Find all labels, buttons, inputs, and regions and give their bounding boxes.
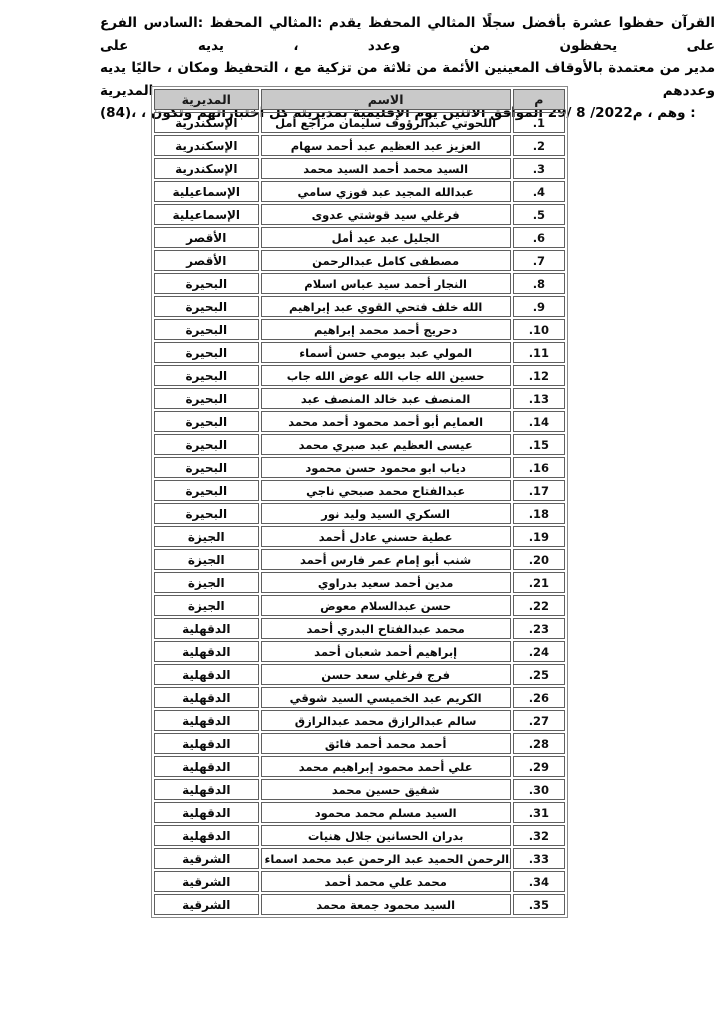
- row-district: الدقهلية: [154, 779, 259, 800]
- row-district: الدقهلية: [154, 641, 259, 662]
- row-no: .10: [513, 319, 565, 340]
- table-row: .23 أحمد‎ البدري‎ عبدالفتاح‎ محمد الدقهل…: [154, 618, 565, 639]
- table-row: .5 عدوى‎ قوشتي‎ سيد‎ فرغلي الإسماعيلية: [154, 204, 565, 225]
- row-name: فائق‎ أحمد‎ محمد‎ أحمد: [261, 733, 511, 754]
- row-no: .31: [513, 802, 565, 823]
- table-row: .2 سهام‎ أحمد‎ عبد‎ العظيم‎ عبد‎ العزيز …: [154, 135, 565, 156]
- table-row: .12 جاب‎ الله‎ عوض‎ الله‎ جاب‎ الله‎ حسي…: [154, 365, 565, 386]
- row-district: البحيرة: [154, 503, 259, 524]
- table-row: .27 عبدالرازق‎ محمد‎ عبدالرازق‎ سالم الد…: [154, 710, 565, 731]
- table-row: .32 هنيات‎ جلال‎ الحسانين‎ بدران الدقهلي…: [154, 825, 565, 846]
- table-row: .22 معوض‎ عبدالسلام‎ حسن الجيزة: [154, 595, 565, 616]
- row-district: الجيزة: [154, 595, 259, 616]
- row-name: أسماء‎ حسن‎ بيومي‎ عبد‎ المولي: [261, 342, 511, 363]
- row-district: الدقهلية: [154, 664, 259, 685]
- row-name: إبراهيم‎ محمد‎ أحمد‎ دحريج: [261, 319, 511, 340]
- row-no: .23: [513, 618, 565, 639]
- row-name: نور‎ وليد‎ السيد‎ السكري: [261, 503, 511, 524]
- table-row: .9 إبراهيم‎ عبد‎ القوي‎ فتحي‎ خلف‎ الله …: [154, 296, 565, 317]
- row-name: شوقي‎ السيد‎ الخميسي‎ عبد‎ الكريم: [261, 687, 511, 708]
- row-district: الدقهلية: [154, 825, 259, 846]
- row-district: الجيزة: [154, 549, 259, 570]
- table-row: .20 أحمد‎ فارس‎ عمر‎ إمام‎ أبو‎ شنب الجي…: [154, 549, 565, 570]
- row-no: .22: [513, 595, 565, 616]
- row-name: أمل‎ عيد‎ عبد‎ الجليل: [261, 227, 511, 248]
- row-name: جاب‎ الله‎ عوض‎ الله‎ جاب‎ الله‎ حسين: [261, 365, 511, 386]
- row-district: البحيرة: [154, 273, 259, 294]
- row-district: الإسكندرية: [154, 112, 259, 133]
- row-name: عبد‎ المنصف‎ خالد‎ عبد‎ المنصف: [261, 388, 511, 409]
- table-row: .7 عبدالرحمن‎ كامل‎ مصطفى الأقصر: [154, 250, 565, 271]
- row-no: .17: [513, 480, 565, 501]
- row-no: .11: [513, 342, 565, 363]
- row-name: محمد‎ أحمد‎ محمود‎ أحمد‎ أبو‎ العمايم: [261, 411, 511, 432]
- row-district: الشرقية: [154, 871, 259, 892]
- row-name: أحمد‎ شعبان‎ أحمد‎ إبراهيم: [261, 641, 511, 662]
- row-name: أحمد‎ محمد‎ علي‎ محمد: [261, 871, 511, 892]
- row-no: .19: [513, 526, 565, 547]
- table-row: .14 محمد‎ أحمد‎ محمود‎ أحمد‎ أبو‎ العماي…: [154, 411, 565, 432]
- row-name: أحمد‎ عادل‎ حسني‎ عطية: [261, 526, 511, 547]
- table-row: .13 عبد‎ المنصف‎ خالد‎ عبد‎ المنصف البحي…: [154, 388, 565, 409]
- table-row: .3 محمد‎ السيد‎ أحمد‎ محمد‎ السيد الإسكن…: [154, 158, 565, 179]
- row-no: .3: [513, 158, 565, 179]
- row-no: .33: [513, 848, 565, 869]
- row-no: .26: [513, 687, 565, 708]
- row-name: محمد‎ السيد‎ أحمد‎ محمد‎ السيد: [261, 158, 511, 179]
- row-district: الدقهلية: [154, 618, 259, 639]
- row-name: ناجي‎ صبحي‎ محمد‎ عبدالفتاح: [261, 480, 511, 501]
- row-no: .8: [513, 273, 565, 294]
- row-name: محمد‎ جمعة‎ محمود‎ السيد: [261, 894, 511, 915]
- table-row: .15 محمد‎ صبري‎ عبد‎ العظيم‎ عيسى البحير…: [154, 434, 565, 455]
- row-district: الجيزة: [154, 526, 259, 547]
- table-row: .24 أحمد‎ شعبان‎ أحمد‎ إبراهيم الدقهلية: [154, 641, 565, 662]
- row-name: محمود‎ محمد‎ مسلم‎ السيد: [261, 802, 511, 823]
- row-name: محمد‎ حسين‎ شفيق: [261, 779, 511, 800]
- row-no: .20: [513, 549, 565, 570]
- table-row: .21 بدراوي‎ سعيد‎ أحمد‎ مدين الجيزة: [154, 572, 565, 593]
- table-row: .8 اسلام‎ عباس‎ سيد‎ أحمد‎ النجار البحير…: [154, 273, 565, 294]
- row-district: الدقهلية: [154, 710, 259, 731]
- row-name: عبدالرازق‎ محمد‎ عبدالرازق‎ سالم: [261, 710, 511, 731]
- table-row: .16 محمود‎ حسن‎ محمود‎ ابو‎ دياب البحيرة: [154, 457, 565, 478]
- table-row: .1 أمل‎ مراجع‎ سليمان‎ عبدالرؤوف‎ اللحوت…: [154, 112, 565, 133]
- document-page: الفرع‎ السادس:‎ المحفظ‎ المثالي:‎ يقدم‎ …: [0, 0, 720, 1018]
- table-row: .6 أمل‎ عيد‎ عبد‎ الجليل الأقصر: [154, 227, 565, 248]
- row-name: حسن‎ سعد‎ فرغلي‎ فرج: [261, 664, 511, 685]
- row-no: .4: [513, 181, 565, 202]
- row-no: .25: [513, 664, 565, 685]
- row-district: الأقصر: [154, 227, 259, 248]
- row-no: .13: [513, 388, 565, 409]
- row-no: .28: [513, 733, 565, 754]
- row-no: .6: [513, 227, 565, 248]
- row-no: .29: [513, 756, 565, 777]
- row-district: الدقهلية: [154, 733, 259, 754]
- row-no: .18: [513, 503, 565, 524]
- row-name: سهام‎ أحمد‎ عبد‎ العظيم‎ عبد‎ العزيز: [261, 135, 511, 156]
- row-district: البحيرة: [154, 365, 259, 386]
- row-no: .34: [513, 871, 565, 892]
- row-district: الإسكندرية: [154, 158, 259, 179]
- table-row: .31 محمود‎ محمد‎ مسلم‎ السيد الدقهلية: [154, 802, 565, 823]
- roster-body: .1 أمل‎ مراجع‎ سليمان‎ عبدالرؤوف‎ اللحوت…: [154, 112, 565, 915]
- header-row: م الاسم المديرية: [154, 89, 565, 110]
- col-header-district: المديرية: [154, 89, 259, 110]
- row-no: .24: [513, 641, 565, 662]
- row-no: .15: [513, 434, 565, 455]
- row-name: بدراوي‎ سعيد‎ أحمد‎ مدين: [261, 572, 511, 593]
- row-no: .35: [513, 894, 565, 915]
- row-district: البحيرة: [154, 411, 259, 432]
- row-district: البحيرة: [154, 457, 259, 478]
- row-name: سامي‎ فوزي‎ عبد‎ المجيد‎ عبدالله: [261, 181, 511, 202]
- row-district: الإسماعيلية: [154, 204, 259, 225]
- table-row: .35 محمد‎ جمعة‎ محمود‎ السيد الشرقية: [154, 894, 565, 915]
- row-district: البحيرة: [154, 342, 259, 363]
- row-no: .1: [513, 112, 565, 133]
- row-no: .2: [513, 135, 565, 156]
- table-row: .4 سامي‎ فوزي‎ عبد‎ المجيد‎ عبدالله الإس…: [154, 181, 565, 202]
- row-no: .32: [513, 825, 565, 846]
- row-district: الدقهلية: [154, 687, 259, 708]
- row-name: إبراهيم‎ عبد‎ القوي‎ فتحي‎ خلف‎ الله: [261, 296, 511, 317]
- table-row: .28 فائق‎ أحمد‎ محمد‎ أحمد الدقهلية: [154, 733, 565, 754]
- roster-table: م الاسم المديرية .1 أمل‎ مراجع‎ سليمان‎ …: [151, 86, 568, 918]
- row-name: معوض‎ عبدالسلام‎ حسن: [261, 595, 511, 616]
- row-name: محمود‎ حسن‎ محمود‎ ابو‎ دياب: [261, 457, 511, 478]
- row-district: البحيرة: [154, 319, 259, 340]
- row-name: أحمد‎ فارس‎ عمر‎ إمام‎ أبو‎ شنب: [261, 549, 511, 570]
- row-no: .5: [513, 204, 565, 225]
- table-row: .18 نور‎ وليد‎ السيد‎ السكري البحيرة: [154, 503, 565, 524]
- row-district: البحيرة: [154, 434, 259, 455]
- table-row: .19 أحمد‎ عادل‎ حسني‎ عطية الجيزة: [154, 526, 565, 547]
- row-name: اسماء‎ محمد‎ عبد‎ الرحمن‎ عبد‎ الحميد‎ ع…: [261, 848, 511, 869]
- row-district: الدقهلية: [154, 802, 259, 823]
- row-district: الإسماعيلية: [154, 181, 259, 202]
- row-no: .30: [513, 779, 565, 800]
- row-district: البحيرة: [154, 480, 259, 501]
- row-no: .9: [513, 296, 565, 317]
- col-header-no: م: [513, 89, 565, 110]
- row-district: البحيرة: [154, 296, 259, 317]
- row-no: .12: [513, 365, 565, 386]
- table-row: .10 إبراهيم‎ محمد‎ أحمد‎ دحريج البحيرة: [154, 319, 565, 340]
- row-name: هنيات‎ جلال‎ الحسانين‎ بدران: [261, 825, 511, 846]
- row-name: عبدالرحمن‎ كامل‎ مصطفى: [261, 250, 511, 271]
- row-district: الشرقية: [154, 894, 259, 915]
- row-name: عدوى‎ قوشتي‎ سيد‎ فرغلي: [261, 204, 511, 225]
- row-no: .21: [513, 572, 565, 593]
- row-name: محمد‎ صبري‎ عبد‎ العظيم‎ عيسى: [261, 434, 511, 455]
- table-row: .17 ناجي‎ صبحي‎ محمد‎ عبدالفتاح البحيرة: [154, 480, 565, 501]
- table-row: .30 محمد‎ حسين‎ شفيق الدقهلية: [154, 779, 565, 800]
- table-row: .11 أسماء‎ حسن‎ بيومي‎ عبد‎ المولي البحي…: [154, 342, 565, 363]
- roster-table-container: م الاسم المديرية .1 أمل‎ مراجع‎ سليمان‎ …: [151, 86, 568, 918]
- table-row: .26 شوقي‎ السيد‎ الخميسي‎ عبد‎ الكريم ال…: [154, 687, 565, 708]
- col-header-name: الاسم: [261, 89, 511, 110]
- row-district: البحيرة: [154, 388, 259, 409]
- row-name: محمد‎ إبراهيم‎ محمود‎ أحمد‎ علي: [261, 756, 511, 777]
- table-row: .25 حسن‎ سعد‎ فرغلي‎ فرج الدقهلية: [154, 664, 565, 685]
- row-no: .27: [513, 710, 565, 731]
- row-no: .7: [513, 250, 565, 271]
- row-district: الإسكندرية: [154, 135, 259, 156]
- row-district: الأقصر: [154, 250, 259, 271]
- row-district: الشرقية: [154, 848, 259, 869]
- row-no: .14: [513, 411, 565, 432]
- table-row: .33 اسماء‎ محمد‎ عبد‎ الرحمن‎ عبد‎ الحمي…: [154, 848, 565, 869]
- row-name: اسلام‎ عباس‎ سيد‎ أحمد‎ النجار: [261, 273, 511, 294]
- row-district: الدقهلية: [154, 756, 259, 777]
- intro-line-1: الفرع‎ السادس:‎ المحفظ‎ المثالي:‎ يقدم‎ …: [100, 12, 715, 57]
- row-name: أحمد‎ البدري‎ عبدالفتاح‎ محمد: [261, 618, 511, 639]
- row-no: .16: [513, 457, 565, 478]
- row-district: الجيزة: [154, 572, 259, 593]
- row-name: أمل‎ مراجع‎ سليمان‎ عبدالرؤوف‎ اللحوتي: [261, 112, 511, 133]
- table-row: .29 محمد‎ إبراهيم‎ محمود‎ أحمد‎ علي الدق…: [154, 756, 565, 777]
- table-row: .34 أحمد‎ محمد‎ علي‎ محمد الشرقية: [154, 871, 565, 892]
